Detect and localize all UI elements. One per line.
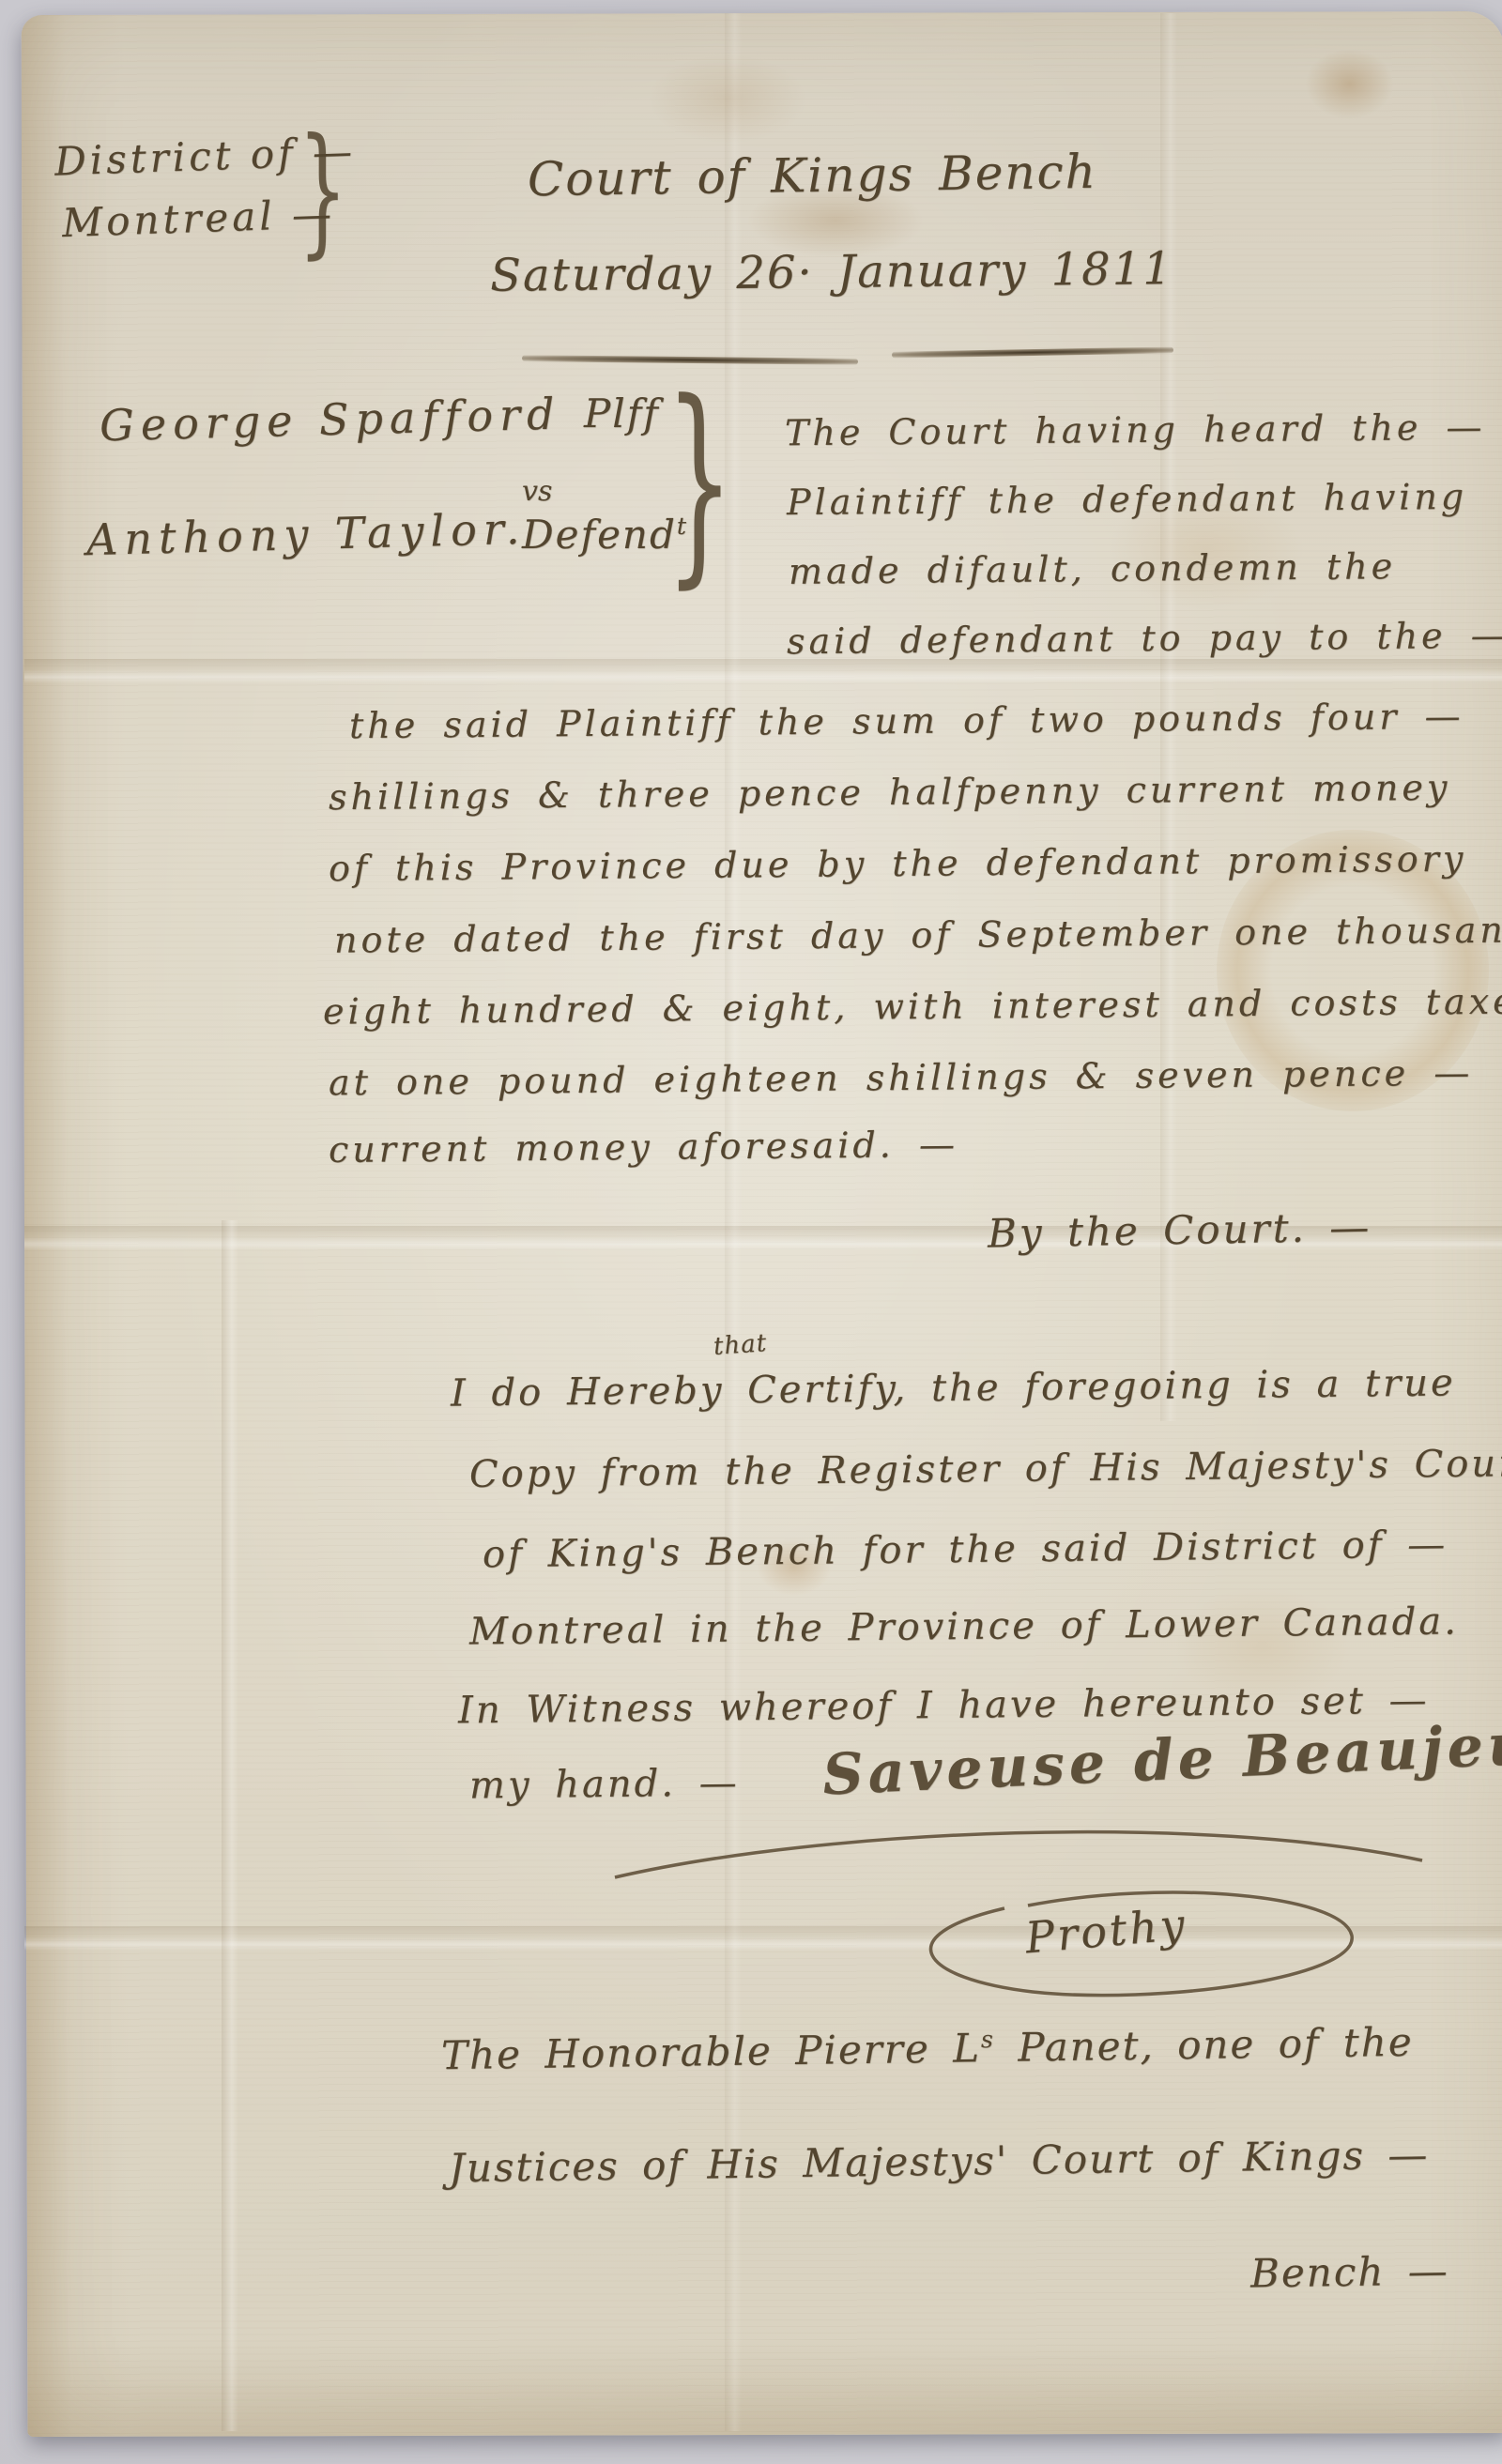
- vertical-fold-crease: [222, 1220, 238, 2431]
- order-line: Plaintiff the defendant having: [787, 476, 1467, 523]
- order-line: said defendant to pay to the —: [787, 615, 1502, 663]
- defendant-abbr-base: Defend: [522, 512, 677, 558]
- court-title: Court of Kings Bench: [528, 145, 1098, 207]
- district-brace: }: [298, 109, 346, 272]
- versus-label: vs: [522, 475, 552, 508]
- order-line: The Court having heard the —: [785, 406, 1486, 454]
- district-line-2: Montreal —: [61, 191, 336, 246]
- footer-line-1-post: Panet, one of the: [995, 2019, 1414, 2071]
- order-line: made difault, condemn the: [789, 545, 1396, 592]
- parties-brace: }: [666, 357, 734, 607]
- order-line: current money aforesaid. —: [329, 1124, 958, 1171]
- defendant-abbr: Defendt: [522, 512, 688, 558]
- plaintiff-abbr: Plff: [584, 390, 660, 436]
- by-the-court: By the Court. —: [988, 1203, 1372, 1256]
- session-date: Saturday 26· January 1811: [490, 242, 1173, 302]
- horizontal-fold-crease: [24, 1926, 1502, 1951]
- footer-line-1-sup: s: [981, 2026, 995, 2053]
- horizontal-fold-crease: [24, 659, 1502, 683]
- certification-line: my hand. —: [469, 1761, 740, 1807]
- inserted-word: that: [713, 1329, 768, 1361]
- footer-line-3: Bench —: [1250, 2248, 1449, 2297]
- footer-line-1-pre: The Honorable Pierre L: [441, 2025, 982, 2078]
- document-scan: District of — Montreal — } Court of King…: [0, 0, 1502, 2464]
